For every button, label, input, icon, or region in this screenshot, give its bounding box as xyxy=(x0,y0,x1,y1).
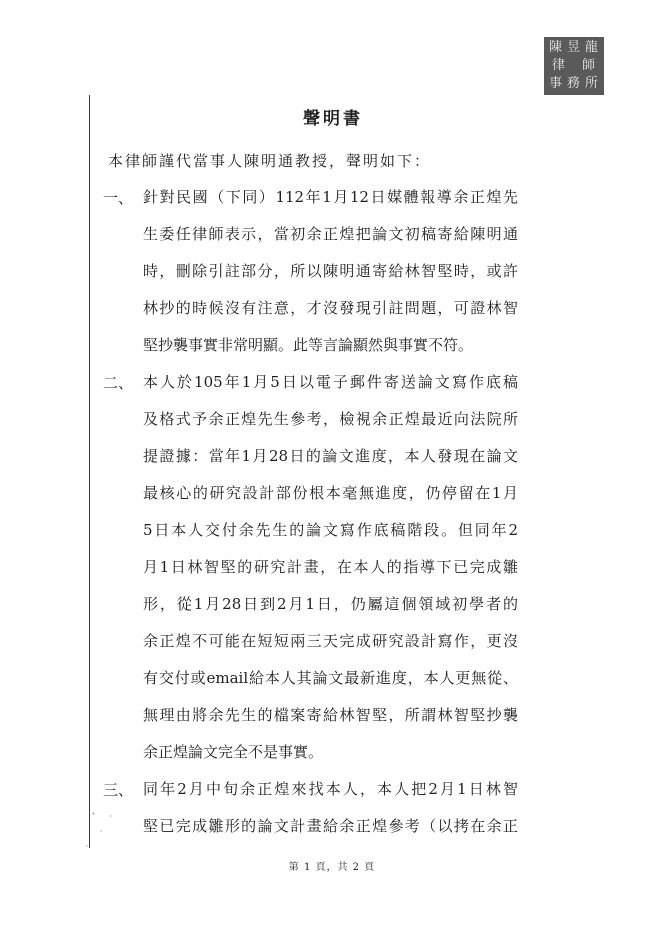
stamp-char: 事 xyxy=(549,75,563,93)
item-number: 一、 xyxy=(103,187,143,208)
intro-paragraph: 本律師謹代當事人陳明通教授，聲明如下： xyxy=(108,150,431,171)
text-line: 生委任律師表示，當初余正煌把論文初稿寄給陳明通 xyxy=(143,224,518,261)
binding-margin-line xyxy=(89,95,90,848)
law-firm-stamp: 陳 昱 龍 律 師 事 務 所 xyxy=(544,37,604,95)
text-line: 同年2月中旬余正煌來找本人，本人把2月1日林智 xyxy=(143,779,518,816)
text-line: 有交付或email給本人其論文最新進度，本人更無從、 xyxy=(143,668,518,705)
text-line: 本人於105年1月5日以電子郵件寄送論文寫作底稿 xyxy=(143,372,518,409)
text-line: 余正煌論文完全不是事實。 xyxy=(143,742,518,779)
text-line: 堅抄襲事實非常明顯。此等言論顯然與事實不符。 xyxy=(143,335,518,372)
text-line: 5日本人交付余先生的論文寫作底稿階段。但同年2 xyxy=(143,520,518,557)
stamp-char: 務 xyxy=(567,75,581,93)
page-footer: 第 1 頁，共 2 頁 xyxy=(0,858,656,873)
stamp-char: 龍 xyxy=(585,39,599,57)
scan-speck xyxy=(86,845,88,847)
item-number: 二、 xyxy=(103,372,143,393)
text-line: 最核心的研究設計部份根本毫無進度，仍停留在1月 xyxy=(143,483,518,520)
stamp-char: 所 xyxy=(585,75,599,93)
text-line: 時，刪除引註部分，所以陳明通寄給林智堅時，或許 xyxy=(143,261,518,298)
text-line: 針對民國（下同）112年1月12日媒體報導余正煌先 xyxy=(143,187,518,224)
scan-speck xyxy=(92,812,95,815)
stamp-char: 陳 xyxy=(549,39,563,57)
document-title: 聲明書 xyxy=(0,104,656,129)
stamp-char: 師 xyxy=(582,57,596,75)
text-line: 提證據：當年1月28日的論文進度，本人發現在論文 xyxy=(143,446,518,483)
text-line: 林抄的時候沒有注意，才沒發現引註問題，可證林智 xyxy=(143,298,518,335)
text-line: 月1日林智堅的研究計畫，在本人的指導下已完成雛 xyxy=(143,557,518,594)
text-line: 無理由將余先生的檔案寄給林智堅，所謂林智堅抄襲 xyxy=(143,705,518,742)
scan-speck xyxy=(110,815,112,817)
text-line: 余正煌不可能在短短兩三天完成研究設計寫作，更沒 xyxy=(143,631,518,668)
text-line: 及格式予余正煌先生參考，檢視余正煌最近向法院所 xyxy=(143,409,518,446)
scan-speck xyxy=(100,830,102,832)
stamp-row-3: 事 務 所 xyxy=(549,75,599,93)
text-line: 堅已完成雛形的論文計畫給余正煌參考（以拷在余正 xyxy=(143,816,518,853)
item-number: 三、 xyxy=(103,779,143,800)
stamp-char: 律 xyxy=(552,57,566,75)
stamp-row-1: 陳 昱 龍 xyxy=(549,39,599,57)
stamp-char: 昱 xyxy=(567,39,581,57)
text-line: 形，從1月28日到2月1日，仍屬這個領域初學者的 xyxy=(143,594,518,631)
stamp-row-2: 律 師 xyxy=(549,57,599,75)
